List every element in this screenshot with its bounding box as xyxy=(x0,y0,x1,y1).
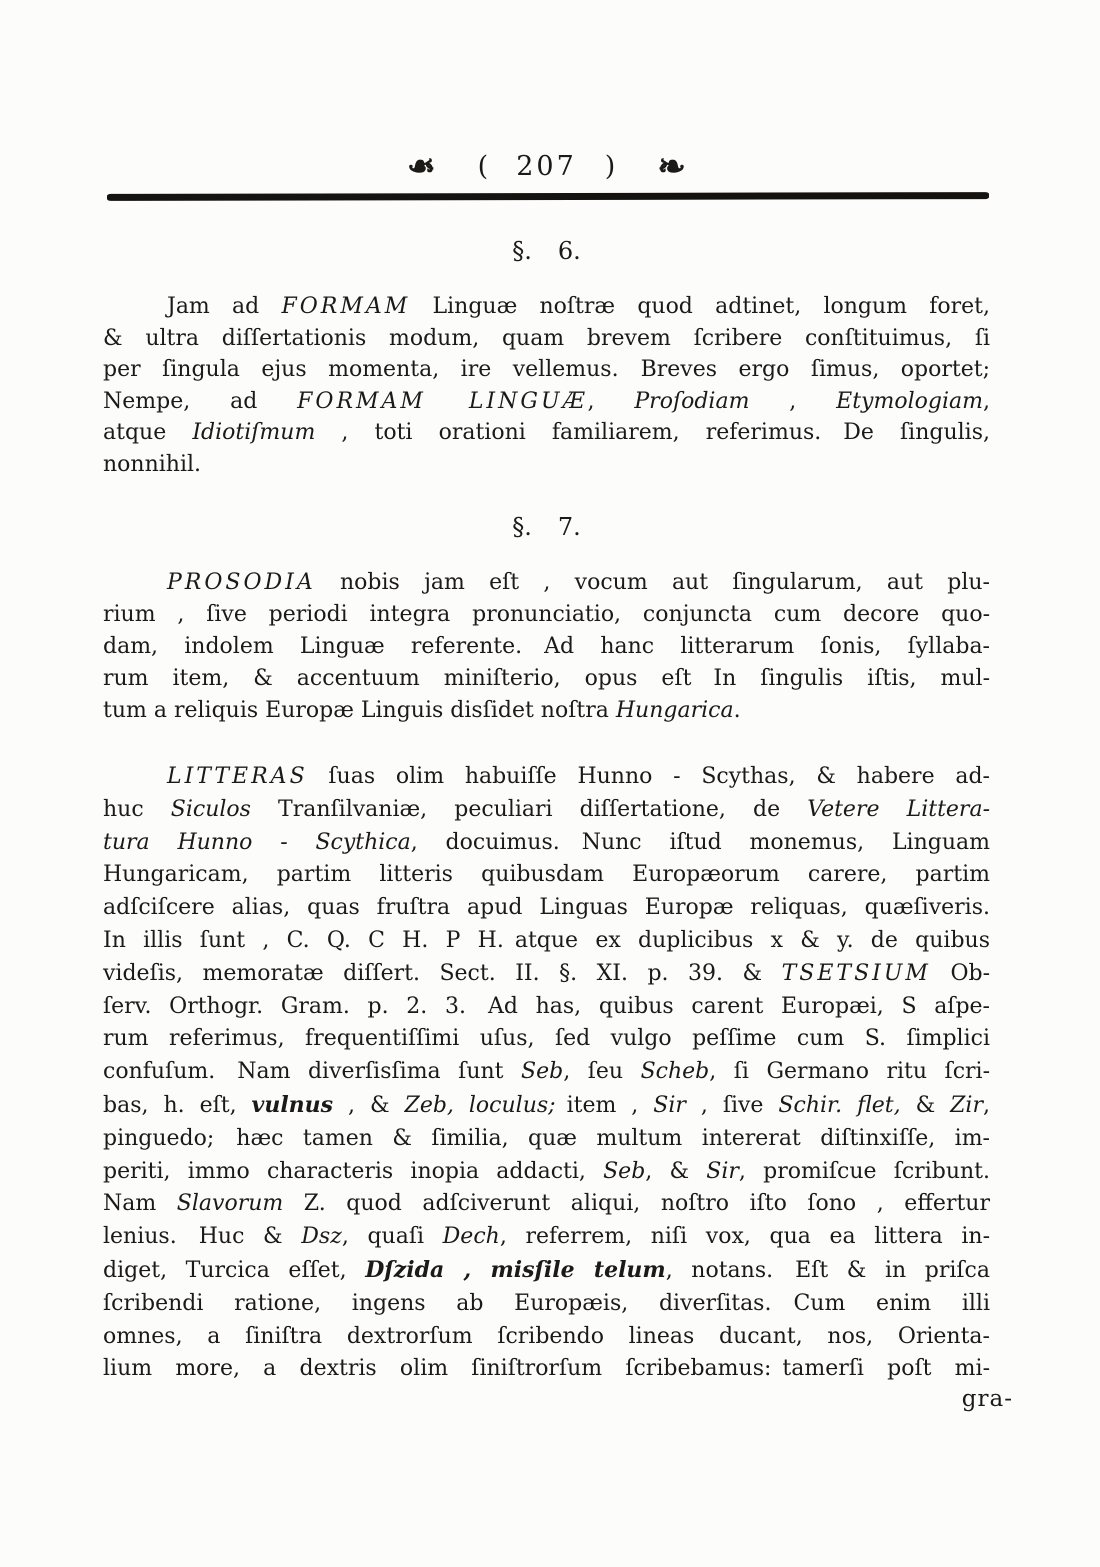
text-segment: vulnus xyxy=(252,1092,334,1118)
page-number-paren-open: ( xyxy=(478,151,489,182)
section-number: 7. xyxy=(558,513,581,541)
text-segment: huc xyxy=(103,797,171,822)
text-segment: LITTERAS xyxy=(167,764,308,789)
text-segment: , xyxy=(983,389,990,414)
text-segment: Zeb, loculus; xyxy=(405,1093,556,1118)
page-number: 207 xyxy=(516,151,577,182)
text-segment: Seb xyxy=(521,1059,563,1084)
text-segment: Tranſilvaniæ, peculiari diſſertatione, d… xyxy=(251,797,807,822)
text-line: huc Siculos Tranſilvaniæ, peculiari diſſ… xyxy=(103,794,990,827)
paragraph-section-6: Jam ad FORMAM Linguæ noſtræ quod adtinet… xyxy=(103,291,990,480)
text-line: In illis ſunt , C. Q. C H. P H. atque ex… xyxy=(103,925,990,958)
text-line: ſcribendi ratione, ingens ab Europæis, d… xyxy=(103,1288,990,1321)
text-segment: Ob- xyxy=(931,961,990,986)
text-segment: , referrem, niſi vox, qua ea littera in- xyxy=(500,1224,990,1249)
text-segment: Idiotiſmum xyxy=(192,420,315,445)
text-segment: Seb xyxy=(603,1159,645,1184)
text-line: & ultra diſſertationis modum, quam breve… xyxy=(103,323,990,355)
text-segment: , quaſi xyxy=(342,1224,443,1249)
text-line: nonnihil. xyxy=(103,449,990,481)
text-line: LITTERAS ſuas olim habuiſſe Hunno - Scyt… xyxy=(103,761,990,794)
text-segment: FORMAM xyxy=(281,294,410,319)
text-segment: Sir xyxy=(653,1093,686,1118)
text-line: Jam ad FORMAM Linguæ noſtræ quod adtinet… xyxy=(103,291,990,323)
text-segment: per ſingula ejus momenta, ire vellemus. … xyxy=(103,357,990,382)
text-segment: rium , ſive periodi integra pronunciatio… xyxy=(103,602,990,627)
text-segment: lium more, a dextris olim ſiniſtrorſum ſ… xyxy=(103,1356,990,1381)
text-segment: periti, immo characteris inopia addacti, xyxy=(103,1159,603,1184)
section-heading-7: §.7. xyxy=(103,513,990,541)
section-mark: §. xyxy=(512,513,532,541)
text-segment: . xyxy=(734,698,741,723)
text-segment: , ſive xyxy=(686,1093,779,1118)
text-segment: Nempe, ad xyxy=(103,389,297,414)
text-segment: rum referimus, frequentiſſimi uſus, ſed … xyxy=(103,1026,990,1051)
paragraph-litteras: LITTERAS ſuas olim habuiſſe Hunno - Scyt… xyxy=(103,761,990,1386)
text-segment: videſis, memoratæ diſſert. Sect. II. §. … xyxy=(103,961,782,986)
text-segment: omnes, a ſiniſtra dextrorſum ſcribendo l… xyxy=(103,1324,990,1349)
text-segment: item , xyxy=(556,1093,654,1118)
text-segment: , docuimus. Nunc iſtud monemus, Linguam xyxy=(411,830,990,855)
section-mark: §. xyxy=(512,237,532,265)
text-line: dam, indolem Linguæ referente. Ad hanc l… xyxy=(103,631,990,663)
text-segment: Siculos xyxy=(171,797,251,822)
text-segment: & ultra diſſertationis modum, quam breve… xyxy=(103,326,990,351)
text-segment: dam, indolem Linguæ referente. Ad hanc l… xyxy=(103,634,990,659)
text-segment: Dech xyxy=(443,1224,500,1249)
text-segment: ſerv. Orthogr. Gram. p. 2. 3. Ad has, qu… xyxy=(103,994,990,1019)
text-segment: Proſodiam xyxy=(634,389,749,414)
text-line: rium , ſive periodi integra pronunciatio… xyxy=(103,599,990,631)
text-line: atque Idiotiſmum , toti orationi familia… xyxy=(103,417,990,449)
text-line: PROSODIA nobis jam eſt , vocum aut ſingu… xyxy=(103,567,990,599)
text-segment: , & xyxy=(645,1159,706,1184)
page-number-paren-close: ) xyxy=(605,151,616,182)
text-line: Hungaricam, partim litteris quibusdam Eu… xyxy=(103,859,990,892)
text-segment: Z. quod adſciverunt aliqui, noſtro iſto … xyxy=(283,1191,990,1216)
text-segment: Slavorum xyxy=(177,1191,283,1216)
text-segment: Zir xyxy=(950,1093,983,1118)
text-segment: nonnihil. xyxy=(103,452,201,477)
text-segment: , xyxy=(749,389,836,414)
text-line: rum item, & accentuum miniſterio, opus e… xyxy=(103,663,990,695)
text-line: Nempe, ad FORMAM LINGUÆ, Proſodiam , Ety… xyxy=(103,386,990,418)
book-page: ❧ ( 207 ) ❧ §.6. Jam ad FORMAM Linguæ no… xyxy=(0,0,1100,1567)
text-segment: Schir. flet, xyxy=(778,1093,900,1118)
text-segment: Etymologiam xyxy=(836,389,983,414)
text-segment: , toti orationi familiarem, referimus. D… xyxy=(315,420,990,445)
text-segment: tura Hunno - Scythica xyxy=(103,830,411,855)
text-line: per ſingula ejus momenta, ire vellemus. … xyxy=(103,354,990,386)
text-segment: Hungarica xyxy=(616,698,734,723)
text-line: adſciſcere alias, quas fruſtra apud Ling… xyxy=(103,892,990,925)
text-segment: lenius. Huc & xyxy=(103,1224,301,1249)
text-segment: Nam xyxy=(103,1191,177,1216)
text-segment: Vetere Littera- xyxy=(807,797,990,822)
text-line: diget, Turcica eſſet, Dſzida , misſile t… xyxy=(103,1254,990,1288)
text-line: lium more, a dextris olim ſiniſtrorſum ſ… xyxy=(103,1353,990,1386)
text-segment: Dsz xyxy=(301,1224,342,1249)
text-segment: , notans. Eſt & in priſca xyxy=(666,1258,990,1283)
text-segment: Sir xyxy=(706,1159,739,1184)
text-segment: Jam ad xyxy=(167,294,281,319)
text-segment: diget, Turcica eſſet, xyxy=(103,1258,365,1283)
text-line: confuſum. Nam diverſisſima ſunt Seb, ſeu… xyxy=(103,1056,990,1089)
section-number: 6. xyxy=(558,237,581,265)
text-segment: Dſzida , misſile telum xyxy=(365,1257,666,1283)
header-rule xyxy=(107,192,989,201)
text-line: lenius. Huc & Dsz, quaſi Dech, referrem,… xyxy=(103,1221,990,1254)
catchword: gra- xyxy=(962,1386,1013,1412)
text-segment: pinguedo; hæc tamen & ſimilia, quæ multu… xyxy=(103,1126,990,1151)
text-segment: In illis ſunt , C. Q. C H. P H. atque ex… xyxy=(103,928,990,953)
text-segment: rum item, & accentuum miniſterio, opus e… xyxy=(103,666,990,691)
paragraph-prosodia: PROSODIA nobis jam eſt , vocum aut ſingu… xyxy=(103,567,990,727)
text-line: periti, immo characteris inopia addacti,… xyxy=(103,1156,990,1189)
text-segment: Scheb xyxy=(641,1059,710,1084)
text-segment: & xyxy=(901,1093,951,1118)
text-line: bas, h. eſt, vulnus , & Zeb, loculus; it… xyxy=(103,1089,990,1123)
text-segment: adſciſcere alias, quas fruſtra apud Ling… xyxy=(103,895,990,920)
text-segment: FORMAM LINGUÆ xyxy=(297,389,587,414)
text-segment: TSETSIUM xyxy=(782,961,931,986)
text-segment: , ſeu xyxy=(563,1059,640,1084)
text-line: videſis, memoratæ diſſert. Sect. II. §. … xyxy=(103,958,990,991)
text-line: rum referimus, frequentiſſimi uſus, ſed … xyxy=(103,1023,990,1056)
text-line: omnes, a ſiniſtra dextrorſum ſcribendo l… xyxy=(103,1321,990,1354)
text-segment: tum a reliquis Europæ Linguis disſidet n… xyxy=(103,698,616,723)
text-segment: PROSODIA xyxy=(167,570,316,595)
text-segment: , & xyxy=(333,1093,404,1118)
section-heading-6: §.6. xyxy=(103,237,990,265)
text-line: tura Hunno - Scythica, docuimus. Nunc iſ… xyxy=(103,827,990,860)
text-line: pinguedo; hæc tamen & ſimilia, quæ multu… xyxy=(103,1123,990,1156)
text-segment: , xyxy=(983,1093,990,1118)
text-segment: bas, h. eſt, xyxy=(103,1093,252,1118)
text-segment: ſcribendi ratione, ingens ab Europæis, d… xyxy=(103,1291,990,1316)
text-segment: Linguæ noſtræ quod adtinet, longum foret… xyxy=(410,294,990,319)
fleuron-right-icon: ❧ xyxy=(657,150,686,184)
text-segment: , promiſcue ſcribunt. xyxy=(739,1159,990,1184)
text-line: Nam Slavorum Z. quod adſciverunt aliqui,… xyxy=(103,1188,990,1221)
text-segment: nobis jam eſt , vocum aut ſingularum, au… xyxy=(316,570,990,595)
text-segment: Hungaricam, partim litteris quibusdam Eu… xyxy=(103,862,990,887)
text-segment: ſuas olim habuiſſe Hunno - Scythas, & ha… xyxy=(308,764,990,789)
text-segment: , xyxy=(588,389,635,414)
text-segment: , ſi Germano ritu ſcri- xyxy=(709,1059,990,1084)
text-segment: confuſum. Nam diverſisſima ſunt xyxy=(103,1059,521,1084)
fleuron-left-icon: ❧ xyxy=(407,150,436,184)
running-head: ❧ ( 207 ) ❧ xyxy=(103,144,990,188)
text-line: tum a reliquis Europæ Linguis disſidet n… xyxy=(103,695,990,727)
text-line: ſerv. Orthogr. Gram. p. 2. 3. Ad has, qu… xyxy=(103,991,990,1024)
text-segment: atque xyxy=(103,420,192,445)
